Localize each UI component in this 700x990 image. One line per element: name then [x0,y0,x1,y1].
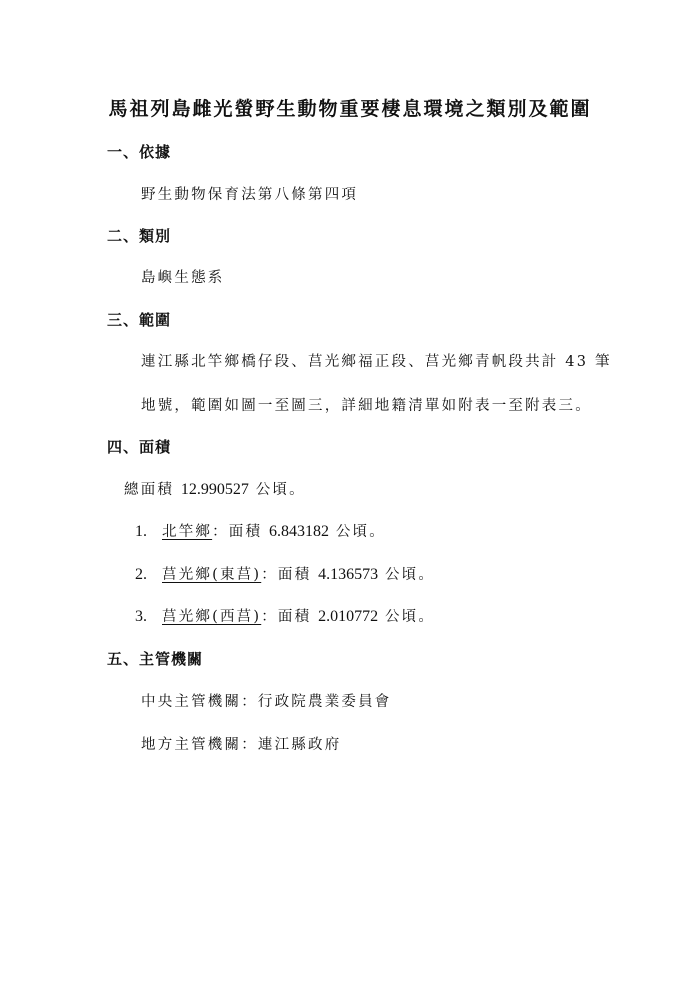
section-heading-authority: 五、主管機關 [107,648,203,669]
area-item-value: 6.843182 [269,523,329,540]
section-heading-area: 四、面積 [107,436,171,457]
area-item-name: 莒光鄉(西莒) [162,609,261,625]
area-item-suffix: 公頃。 [378,567,435,583]
area-item-suffix: 公頃。 [329,524,386,540]
category-text: 島嶼生態系 [141,266,225,287]
document-title: 馬祖列島雌光螢野生動物重要棲息環境之類別及範圍 [0,94,700,121]
scope-text-line-1: 連江縣北竿鄉橋仔段、莒光鄉福正段、莒光鄉青帆段共計 43 筆 [141,350,612,371]
total-area-prefix: 總面積 [124,482,181,498]
basis-text: 野生動物保育法第八條第四項 [141,183,358,204]
section-heading-basis: 一、依據 [107,141,171,162]
local-authority: 地方主管機關：連江縣政府 [141,733,341,754]
area-item: 1.北竿鄉：面積 6.843182 公頃。 [135,520,386,541]
section-heading-category: 二、類別 [107,225,171,246]
area-item-label: ：面積 [261,609,318,625]
area-item-number: 2. [135,566,162,584]
area-item-number: 1. [135,523,162,541]
central-authority: 中央主管機關：行政院農業委員會 [141,690,392,711]
total-area: 總面積 12.990527 公頃。 [124,478,306,499]
area-item-suffix: 公頃。 [378,609,435,625]
area-item: 2.莒光鄉(東莒)：面積 4.136573 公頃。 [135,563,435,584]
total-area-value: 12.990527 [181,481,249,498]
total-area-suffix: 公頃。 [249,482,306,498]
scope-text-line-2: 地號，範圍如圖一至圖三，詳細地籍清單如附表一至附表三。 [141,394,592,415]
area-item: 3.莒光鄉(西莒)：面積 2.010772 公頃。 [135,605,435,626]
area-item-value: 2.010772 [318,608,378,625]
area-item-label: ：面積 [261,567,318,583]
section-heading-scope: 三、範圍 [107,309,171,330]
area-item-label: ：面積 [212,524,269,540]
area-item-number: 3. [135,608,162,626]
area-item-value: 4.136573 [318,566,378,583]
area-item-name: 莒光鄉(東莒) [162,567,261,583]
area-item-name: 北竿鄉 [162,524,212,540]
